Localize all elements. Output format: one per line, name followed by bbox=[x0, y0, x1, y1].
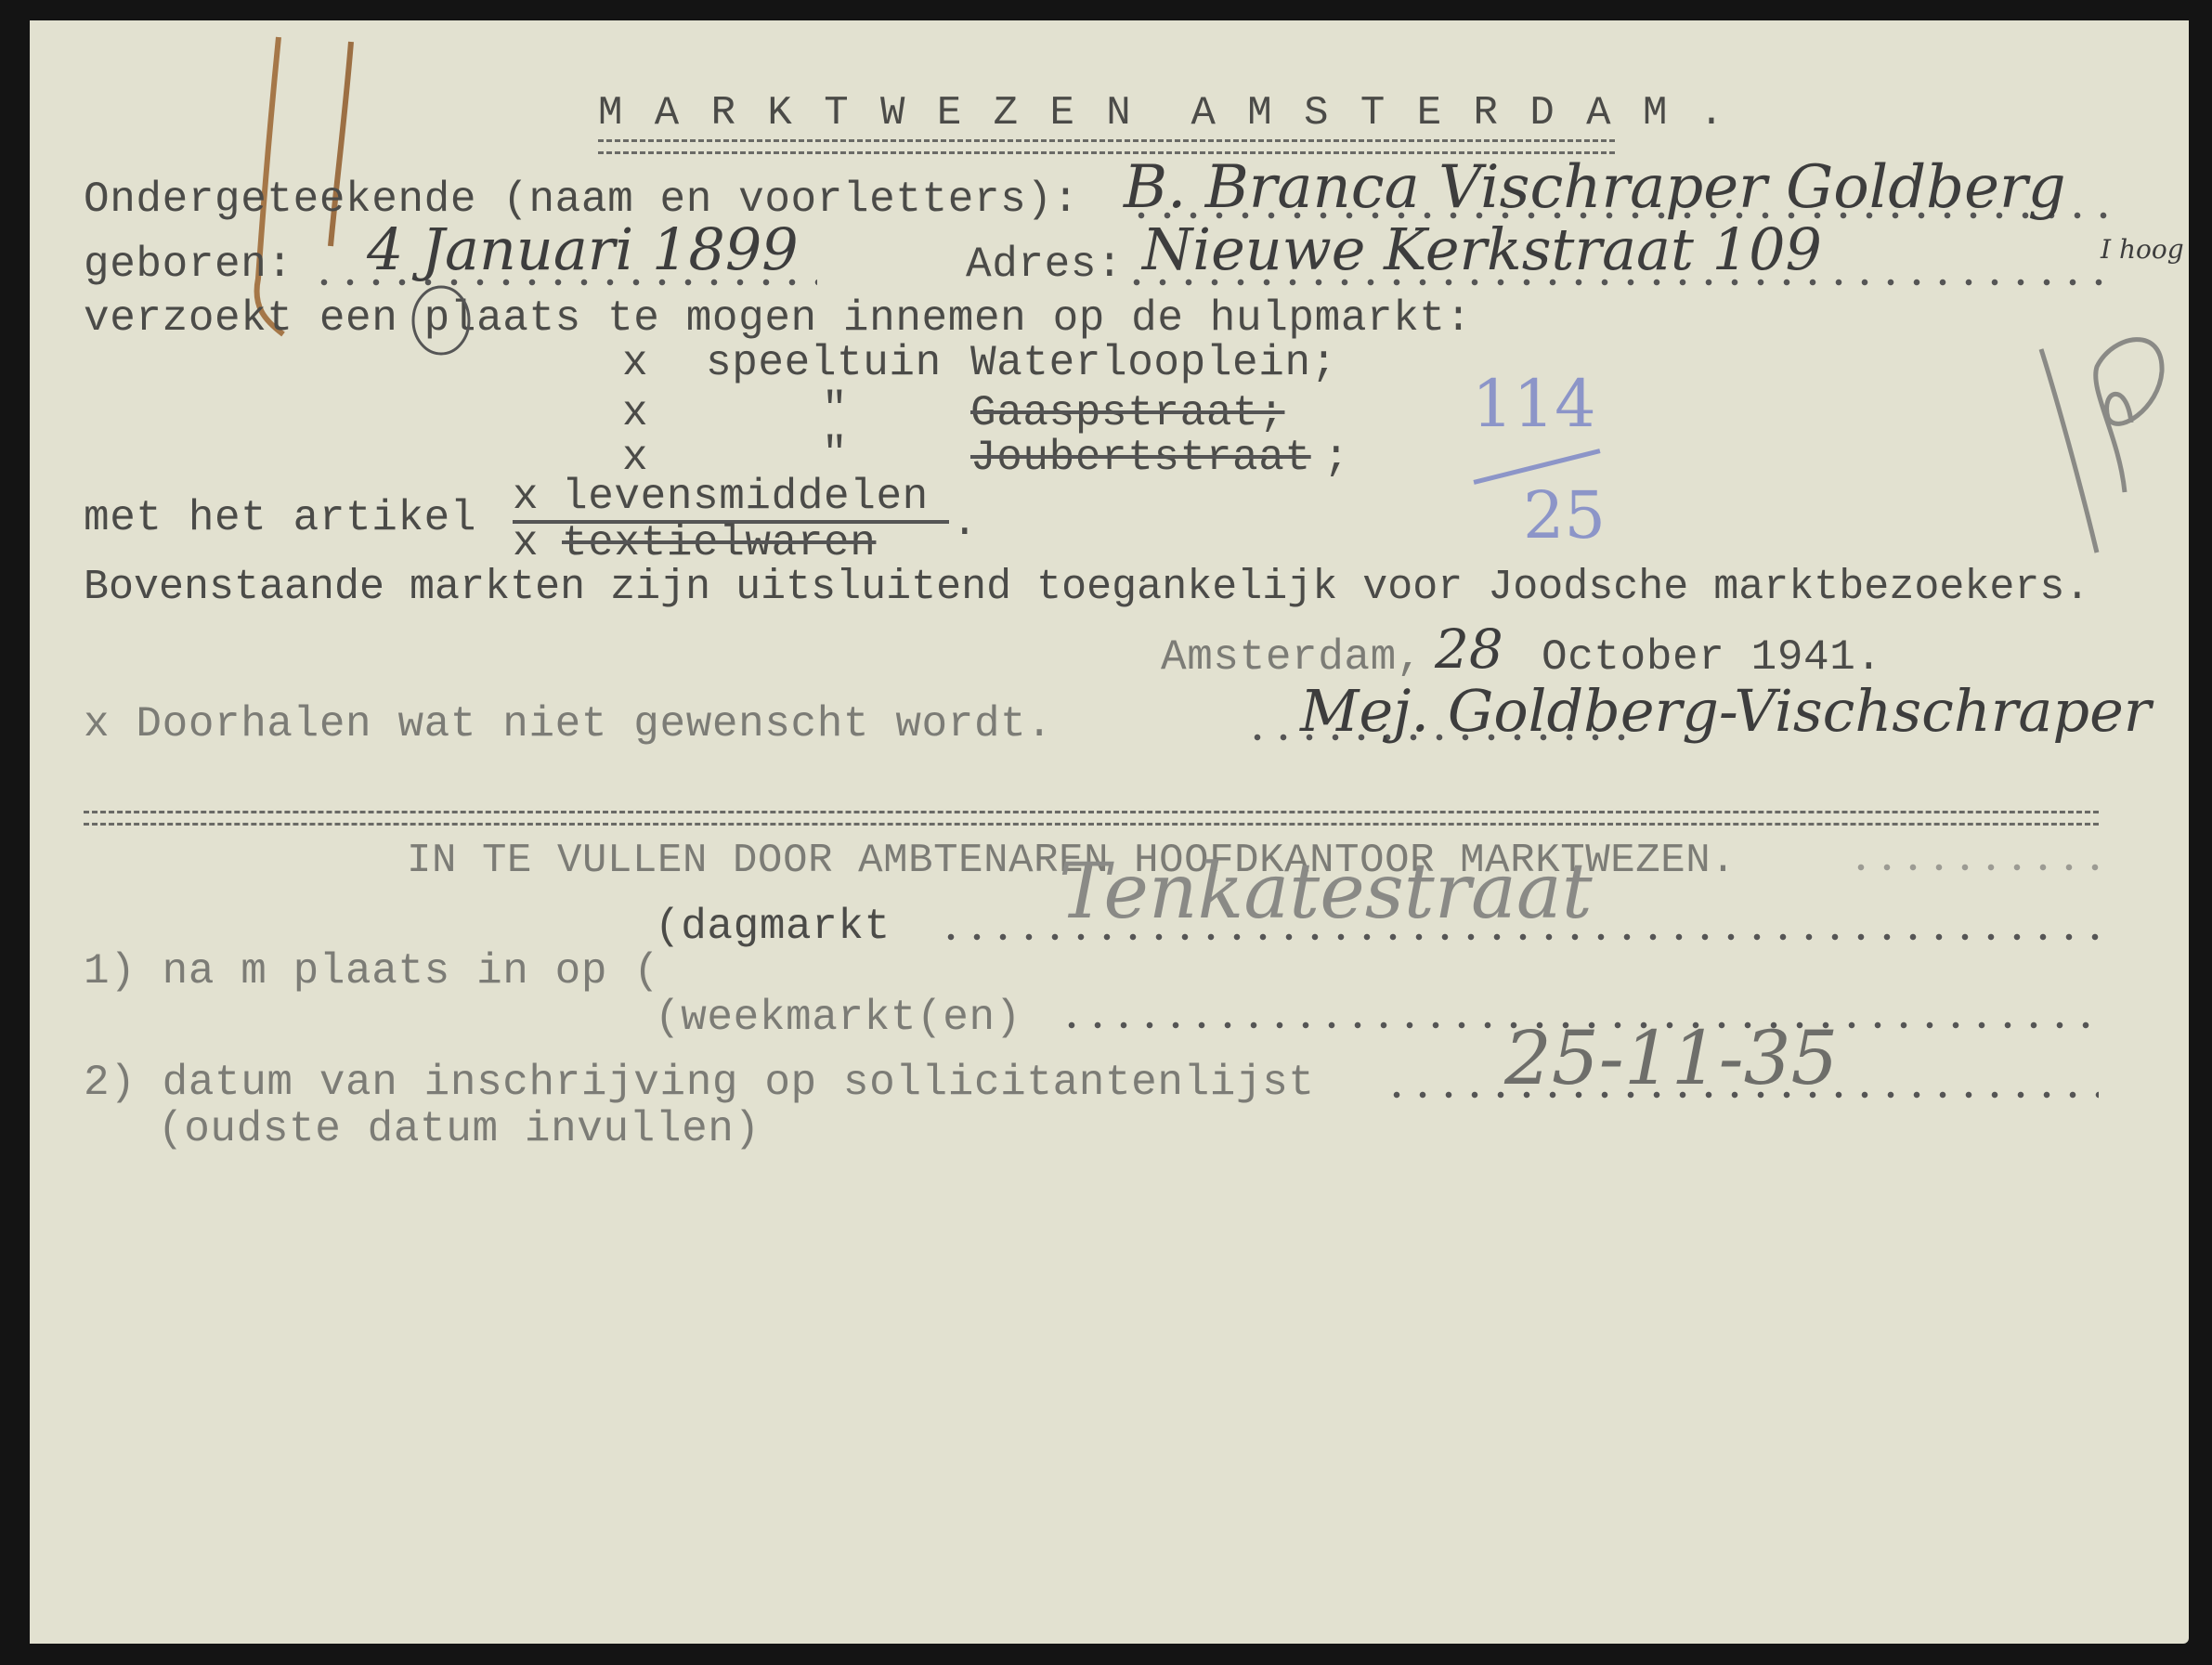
market-type-3: " bbox=[822, 433, 848, 475]
weekmarkt-label: (weekmarkt(en) bbox=[655, 996, 1021, 1039]
article-mark-2: x bbox=[513, 522, 539, 565]
item2-label: 2) datum van inschrijving op sollicitant… bbox=[84, 1061, 1315, 1104]
market-name-gaaspstraat: Gaaspstraat; bbox=[970, 392, 1284, 435]
article-end-period: . bbox=[952, 501, 978, 544]
blue-pencil-number-top: 114 bbox=[1472, 371, 1596, 436]
address-handwritten: Nieuwe Kerkstraat 109 bbox=[1142, 221, 1822, 279]
market-mark-2: x bbox=[622, 392, 648, 435]
place-date-prefix: Amsterdam, bbox=[1161, 636, 1423, 679]
item2-sub: (oudste datum invullen) bbox=[158, 1108, 761, 1151]
item2-date-handwritten: 25-11-35 bbox=[1504, 1021, 1838, 1096]
item1-label: 1) na m plaats in op ( bbox=[84, 950, 660, 993]
article-levensmiddelen: levensmiddelen bbox=[562, 475, 929, 518]
market-3-semicolon: ; bbox=[1323, 436, 1349, 479]
born-label: geboren: bbox=[84, 243, 293, 286]
article-textielwaren: textielwaren bbox=[562, 522, 876, 565]
dagmarkt-value-handwritten: Tenkatestraat bbox=[1059, 854, 1593, 930]
request-line: verzoekt een plaats te mogen innemen op … bbox=[84, 297, 1472, 340]
section-divider bbox=[84, 811, 2099, 826]
article-mark-1: x bbox=[513, 475, 539, 518]
place-date-day-handwritten: 28 bbox=[1435, 622, 1503, 676]
address-suffix-handwritten: I hoog bbox=[2101, 237, 2184, 263]
market-type-1: speeltuin bbox=[706, 342, 942, 384]
market-name-waterlooplein: Waterlooplein; bbox=[970, 342, 1337, 384]
article-label: met het artikel bbox=[84, 497, 476, 540]
applicant-signature: Mej. Goldberg-Vischschraper bbox=[1300, 683, 2151, 740]
market-type-2: " bbox=[822, 388, 848, 431]
applicant-name-handwritten: B. Branca Vischraper Goldberg bbox=[1124, 158, 2066, 217]
market-mark-1: x bbox=[622, 342, 648, 384]
footnote-strike-instruction: x Doorhalen wat niet gewenscht wordt. bbox=[84, 703, 1053, 746]
born-date-handwritten: 4 Januari 1899 bbox=[367, 221, 799, 279]
heading-trailing-dots bbox=[1848, 864, 2099, 871]
place-date-rest: October 1941. bbox=[1542, 636, 1882, 679]
blue-pencil-number-bottom: 25 bbox=[1523, 483, 1606, 548]
address-label: Adres: bbox=[966, 243, 1123, 286]
document-title: M A R K T W E Z E N A M S T E R D A M . bbox=[598, 93, 1727, 134]
dagmarkt-label: (dagmarkt bbox=[655, 905, 891, 948]
notice-jewish-only: Bovenstaande markten zijn uitsluitend to… bbox=[84, 566, 2089, 608]
title-underline bbox=[598, 139, 1615, 154]
market-name-joubertstraat: Joubertstraat bbox=[970, 436, 1311, 479]
